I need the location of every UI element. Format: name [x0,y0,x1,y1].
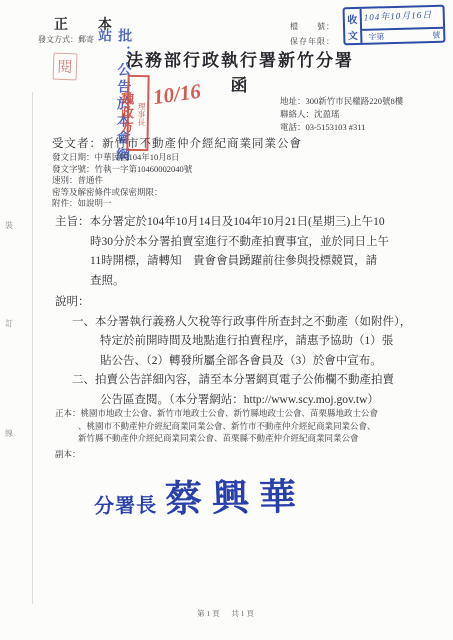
agency-contact-block: 地址：300新竹市民權路220號8樓 聯絡人：沈盈瑤 電話：03-5153103… [280,95,403,134]
doc-number-line: 發文字號：竹執一字第10460002040號 [52,164,192,176]
speed-line: 速別：普通件 [52,175,192,187]
original-recipients-line: 新竹縣不動產仲介經紀商業同業公會、苗栗縣不動產仲介經紀商業同業公會 [55,432,415,445]
signer-role: 分署長 [94,489,157,519]
attachment-line: 附件：如說明一 [52,198,192,210]
signature-block: 分署長 蔡興華 [70,466,331,525]
official-letter-page: 裝 訂 線 正 本 發文方式：郵寄 檔 號： 保存年限： 收 文 104年10月… [0,0,453,640]
receipt-zi-label: 字第 [368,31,384,42]
subject-line: 查照。 [55,272,415,292]
file-number-label: 檔 號： [290,19,335,34]
receipt-handwritten-date: 104年10月16日 [361,6,443,30]
explanation-item-1-cont: 貼公告、（2）轉發所屬全部各會員及（3）於會中宣布。 [55,352,430,372]
delivery-method-label: 發文方式：郵寄 [38,34,94,45]
subject-line: 主旨：本分署定於104年10月14日及104年10月21日(星期三)上午10 [55,213,415,233]
explanation-item-1: 一、本分署執行義務人欠稅等行政事件所查封之不動產（如附件）， [55,313,430,333]
margin-mark-zhuang: 裝 [5,220,13,231]
receipt-stamp-column: 收 文 [345,9,363,43]
subject-line: 時30分於本分署拍賣室進行不動產拍賣事宜，並於同日上午 [55,233,415,253]
explanation-item-2: 二、拍賣公告詳細內容，請至本分署網頁電子公佈欄不動產拍賣 [55,371,430,391]
receipt-stamp-number-row: 字第 號 [362,27,443,43]
explanation-heading: 說明： [55,293,430,313]
agency-contact-person: 聯絡人：沈盈瑤 [280,108,403,121]
chairman-stamp-title: 理事長 [136,101,147,125]
copy-recipients-label: 副本： [55,448,81,460]
secrecy-line: 密等及解密條件或保密期限： [52,187,192,199]
agency-phone: 電話：03-5153103 #311 [280,121,403,134]
receipt-hao-label: 號 [432,30,440,41]
review-stamp: 閱 [53,53,78,81]
explanation-item-1-cont: 特定於前開時間及地點進行拍賣程序，請惠予協助（1）張 [55,332,430,352]
explanation-block: 說明： 一、本分署執行義務人欠稅等行政事件所查封之不動產（如附件）， 特定於前開… [55,293,430,410]
original-recipients-line: 正本：桃園市地政士公會、新竹市地政士公會、新竹縣地政士公會、苗栗縣地政士公會 [55,407,415,420]
agency-address: 地址：300新竹市民權路220號8樓 [280,95,403,108]
receipt-char-shou: 收 [347,10,357,25]
handwritten-date-note: 10/16 [151,79,202,110]
margin-mark-xian: 線 [5,428,13,439]
issue-date-line: 發文日期：中華民國104年10月8日 [52,152,192,164]
receipt-stamp-right: 104年10月16日 字第 號 [362,7,444,43]
receipt-char-wen: 文 [348,26,358,41]
filing-labels: 檔 號： 保存年限： [290,19,335,49]
receipt-stamp: 收 文 104年10月16日 字第 號 [343,5,446,46]
recipient-line: 受文者：新竹市不動產仲介經紀商業同業公會 [52,135,302,151]
subject-line: 11時開標，請轉知 貴會會員踴躍前往參與投標競買，請 [55,252,415,272]
binding-line [32,92,33,604]
original-recipients-line: 、桃園市不動產仲介經紀商業同業公會、新竹市不動產仲介經紀商業同業公會、 [55,420,415,433]
subject-block: 主旨：本分署定於104年10月14日及104年10月21日(星期三)上午10 時… [55,213,415,291]
signer-name: 蔡興華 [165,466,307,522]
distribution-original-block: 正本：桃園市地政士公會、新竹市地政士公會、新竹縣地政士公會、苗栗縣地政士公會 、… [55,407,415,445]
margin-mark-ding: 訂 [5,318,13,329]
page-number-footer: 第1頁 共1頁 [0,608,453,619]
chairman-stamp-name: 魏政方 [117,92,137,134]
document-meta-block: 發文日期：中華民國104年10月8日 發文字號：竹執一字第10460002040… [52,152,192,210]
